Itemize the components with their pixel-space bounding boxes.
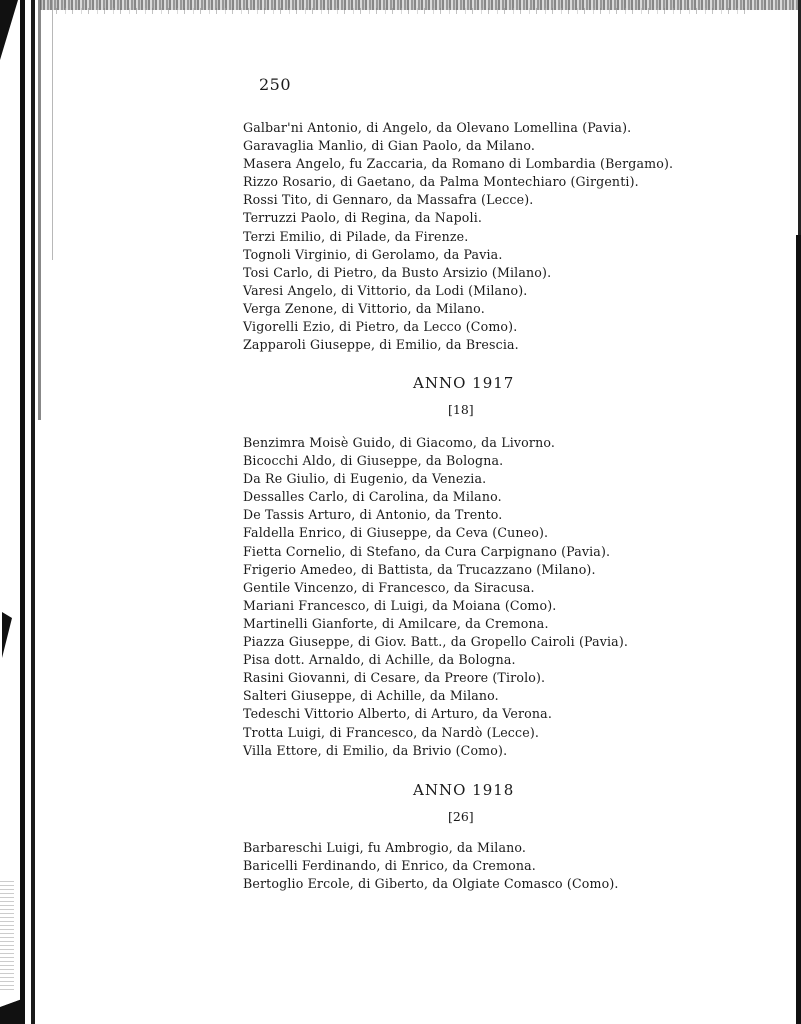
list-item: Fietta Cornelio, di Stefano, da Cura Car… bbox=[243, 543, 628, 561]
list-item: Tedeschi Vittorio Alberto, di Arturo, da… bbox=[243, 705, 628, 723]
scan-left-mark bbox=[2, 612, 12, 658]
list-item: Frigerio Amedeo, di Battista, da Trucazz… bbox=[243, 561, 628, 579]
entries-list-continued: Galbar'ni Antonio, di Angelo, da Olevano… bbox=[243, 119, 673, 354]
scan-left-corner-shadow bbox=[0, 0, 18, 60]
list-item: Salteri Giuseppe, di Achille, da Milano. bbox=[243, 687, 628, 705]
binding-edge-faint-line bbox=[52, 0, 53, 260]
scan-left-bottom-shadow bbox=[0, 990, 22, 1024]
scan-top-edge-speckle bbox=[50, 8, 750, 14]
list-item: Pisa dott. Arnaldo, di Achille, da Bolog… bbox=[243, 651, 628, 669]
entries-list-1917: Benzimra Moisè Guido, di Giacomo, da Liv… bbox=[243, 434, 628, 760]
list-item: Martinelli Gianforte, di Amilcare, da Cr… bbox=[243, 615, 628, 633]
list-item: Gentile Vincenzo, di Francesco, da Sirac… bbox=[243, 579, 628, 597]
list-item: Bicocchi Aldo, di Giuseppe, da Bologna. bbox=[243, 452, 628, 470]
list-item: Benzimra Moisè Guido, di Giacomo, da Liv… bbox=[243, 434, 628, 452]
list-item: Villa Ettore, di Emilio, da Brivio (Como… bbox=[243, 742, 628, 760]
list-item: Masera Angelo, fu Zaccaria, da Romano di… bbox=[243, 155, 673, 173]
list-item: Rasini Giovanni, di Cesare, da Preore (T… bbox=[243, 669, 628, 687]
list-item: Piazza Giuseppe, di Giov. Batt., da Grop… bbox=[243, 633, 628, 651]
list-item: Barbareschi Luigi, fu Ambrogio, da Milan… bbox=[243, 839, 619, 857]
list-item: Tosi Carlo, di Pietro, da Busto Arsizio … bbox=[243, 264, 673, 282]
list-item: Galbar'ni Antonio, di Angelo, da Olevano… bbox=[243, 119, 673, 137]
list-item: Baricelli Ferdinando, di Enrico, da Crem… bbox=[243, 857, 619, 875]
list-item: De Tassis Arturo, di Antonio, da Trento. bbox=[243, 506, 628, 524]
list-item: Da Re Giulio, di Eugenio, da Venezia. bbox=[243, 470, 628, 488]
entries-list-1918: Barbareschi Luigi, fu Ambrogio, da Milan… bbox=[243, 839, 619, 893]
list-item: Terzi Emilio, di Pilade, da Firenze. bbox=[243, 228, 673, 246]
list-item: Zapparoli Giuseppe, di Emilio, da Bresci… bbox=[243, 336, 673, 354]
list-item: Vigorelli Ezio, di Pietro, da Lecco (Com… bbox=[243, 318, 673, 336]
scan-right-edge-shadow bbox=[796, 235, 801, 1024]
list-item: Rossi Tito, di Gennaro, da Massafra (Lec… bbox=[243, 191, 673, 209]
list-item: Mariani Francesco, di Luigi, da Moiana (… bbox=[243, 597, 628, 615]
list-item: Bertoglio Ercole, di Giberto, da Olgiate… bbox=[243, 875, 619, 893]
list-item: Terruzzi Paolo, di Regina, da Napoli. bbox=[243, 209, 673, 227]
binding-edge-line bbox=[20, 0, 25, 1024]
section-count-1918: [26] bbox=[448, 809, 474, 824]
list-item: Garavaglia Manlio, di Gian Paolo, da Mil… bbox=[243, 137, 673, 155]
section-heading-1918: ANNO 1918 bbox=[413, 781, 514, 799]
scan-left-speckle bbox=[0, 880, 14, 990]
binding-edge-shadow bbox=[38, 0, 41, 420]
list-item: Trotta Luigi, di Francesco, da Nardò (Le… bbox=[243, 724, 628, 742]
list-item: Rizzo Rosario, di Gaetano, da Palma Mont… bbox=[243, 173, 673, 191]
page-number: 250 bbox=[259, 75, 291, 94]
binding-edge-line bbox=[31, 0, 35, 1024]
list-item: Tognoli Virginio, di Gerolamo, da Pavia. bbox=[243, 246, 673, 264]
section-heading-1917: ANNO 1917 bbox=[413, 374, 514, 392]
list-item: Verga Zenone, di Vittorio, da Milano. bbox=[243, 300, 673, 318]
scanned-page: 250 Galbar'ni Antonio, di Angelo, da Ole… bbox=[0, 0, 801, 1024]
list-item: Faldella Enrico, di Giuseppe, da Ceva (C… bbox=[243, 524, 628, 542]
list-item: Dessalles Carlo, di Carolina, da Milano. bbox=[243, 488, 628, 506]
section-count-1917: [18] bbox=[448, 402, 474, 417]
list-item: Varesi Angelo, di Vittorio, da Lodi (Mil… bbox=[243, 282, 673, 300]
